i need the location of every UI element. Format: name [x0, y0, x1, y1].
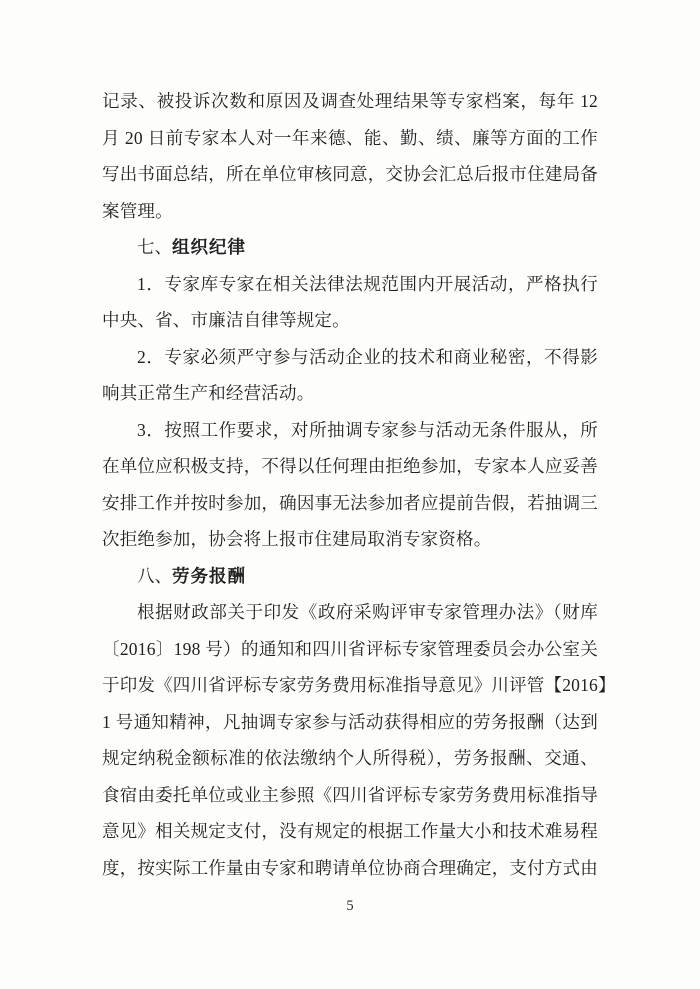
text-line: 在单位应积极支持，不得以任何理由拒绝参加，专家本人应妥善 — [102, 448, 598, 485]
section-heading-7: 七、组织纪律 — [102, 229, 598, 266]
text-line: 意见》相关规定支付，没有规定的根据工作量大小和技术难易程 — [102, 813, 598, 850]
text-line: 〔2016〕198 号）的通知和四川省评标专家管理委员会办公室关 — [102, 631, 598, 668]
text-line: 中央、省、市廉洁自律等规定。 — [102, 302, 598, 339]
text-line: 1．专家库专家在相关法律法规范围内开展活动，严格执行 — [102, 266, 598, 303]
text-line: 3．按照工作要求，对所抽调专家参与活动无条件服从，所 — [102, 412, 598, 449]
text-line: 规定纳税金额标准的依法缴纳个人所得税），劳务报酬、交通、 — [102, 740, 598, 777]
document-text-area: 记录、被投诉次数和原因及调查处理结果等专家档案，每年 12 月 20 日前专家本… — [102, 83, 598, 886]
text-line: 月 20 日前专家本人对一年来德、能、勤、绩、廉等方面的工作 — [102, 120, 598, 157]
text-line: 案管理。 — [102, 193, 598, 230]
page-number: 5 — [0, 896, 700, 916]
document-page: 记录、被投诉次数和原因及调查处理结果等专家档案，每年 12 月 20 日前专家本… — [0, 0, 700, 989]
text-line: 记录、被投诉次数和原因及调查处理结果等专家档案，每年 12 — [102, 83, 598, 120]
text-line: 度，按实际工作量由专家和聘请单位协商合理确定，支付方式由 — [102, 850, 598, 887]
heading-title: 组织纪律 — [172, 237, 246, 257]
text-line: 安排工作并按时参加，确因事无法参加者应提前告假，若抽调三 — [102, 485, 598, 522]
text-line: 1 号通知精神，凡抽调专家参与活动获得相应的劳务报酬（达到 — [102, 704, 598, 741]
text-line: 响其正常生产和经营活动。 — [102, 375, 598, 412]
heading-title: 劳务报酬 — [172, 566, 246, 586]
heading-number: 七、 — [137, 237, 172, 257]
heading-number: 八、 — [137, 566, 172, 586]
text-line: 次拒绝参加，协会将上报市住建局取消专家资格。 — [102, 521, 598, 558]
text-line: 根据财政部关于印发《政府采购评审专家管理办法》（财库 — [102, 594, 598, 631]
text-line: 写出书面总结，所在单位审核同意，交协会汇总后报市住建局备 — [102, 156, 598, 193]
text-line: 于印发《四川省评标专家劳务费用标准指导意见》川评管【2016】 — [102, 667, 598, 704]
text-line: 食宿由委托单位或业主参照《四川省评标专家劳务费用标准指导 — [102, 777, 598, 814]
text-line: 2．专家必须严守参与活动企业的技术和商业秘密，不得影 — [102, 339, 598, 376]
section-heading-8: 八、劳务报酬 — [102, 558, 598, 595]
